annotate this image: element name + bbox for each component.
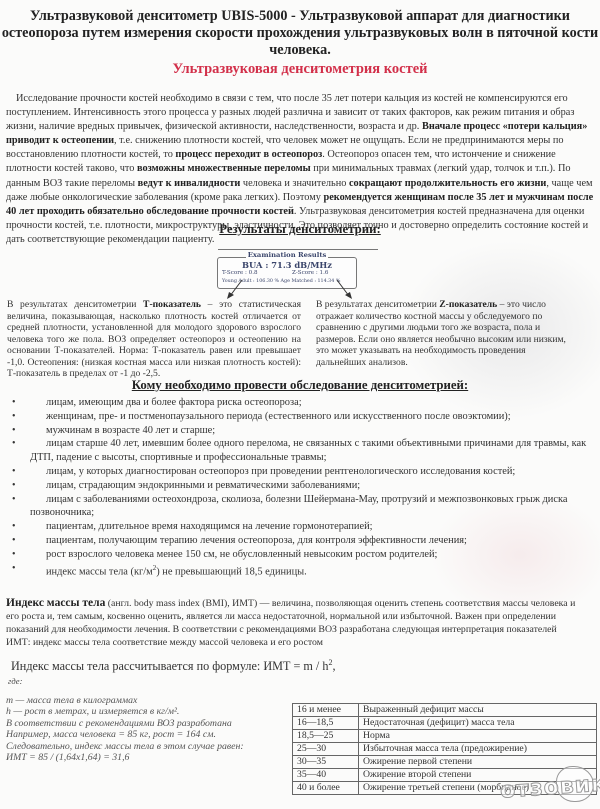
- bmi-range-cell: 40 и более: [293, 782, 359, 795]
- bmi-category-cell: Ожирение первой степени: [359, 756, 597, 769]
- list-item: •рост взрослого человека менее 150 см, н…: [0, 548, 600, 562]
- bmi-range-cell: 16—18,5: [293, 717, 359, 730]
- list-item: •лицам, страдающим эндокринными и ревмат…: [0, 479, 600, 493]
- note-line: h — рост в метрах, и измеряется в кг/м².: [6, 706, 276, 717]
- bmi-definition: Индекс массы тела (англ. body mass index…: [6, 597, 581, 649]
- bmi-range-cell: 30—35: [293, 756, 359, 769]
- results-heading: Результаты денситометрии:: [0, 222, 600, 237]
- list-item: •мужчинам в возрасте 40 лет и старше;: [0, 424, 600, 438]
- note-line: Следовательно, индекс массы тела в этом …: [6, 741, 276, 752]
- divider: [218, 249, 378, 250]
- table-row: 18,5—25Норма: [293, 730, 597, 743]
- bmi-formula: Индекс массы тела рассчитывается по форм…: [11, 658, 335, 674]
- list-item: •женщинам, пре- и постменопаузального пе…: [0, 410, 600, 424]
- t-score-value: T-Score : 0.8: [222, 270, 258, 276]
- note-line: Например, масса человека = 85 кг, рост =…: [6, 729, 276, 740]
- bmi-category-cell: Недостаточная (дефицит) масса тела: [359, 717, 597, 730]
- list-item: •лицам, у которых диагностирован остеопо…: [0, 465, 600, 479]
- t-score-explanation: В результатах денситометрии Т-показатель…: [7, 299, 301, 380]
- document-subtitle: Ультразвуковая денситометрия костей: [0, 61, 600, 78]
- z-score-explanation: В результатах денситометрии Z-показатель…: [316, 299, 578, 368]
- t-score-arrow-icon: [225, 278, 245, 300]
- bmi-category-cell: Избыточная масса тела (предожирение): [359, 743, 597, 756]
- list-item: •пациентам, длительное время находящимся…: [0, 520, 600, 534]
- criteria-list: •лицам, имеющим два и более фактора риск…: [0, 396, 600, 579]
- list-item: •индекс массы тела (кг/м2) не превышающи…: [0, 562, 600, 579]
- bmi-category-cell: Выраженный дефицит массы: [359, 704, 597, 717]
- criteria-heading: Кому необходимо провести обследование де…: [0, 378, 600, 393]
- bmi-range-cell: 35—40: [293, 769, 359, 782]
- table-row: 16 и менееВыраженный дефицит массы: [293, 704, 597, 717]
- list-item: •лицам, имеющим два и более фактора риск…: [0, 396, 600, 410]
- note-line: В соответствии с рекомендациями ВОЗ разр…: [6, 718, 276, 729]
- bua-value: BUA : 71.3 dB/MHz: [218, 260, 356, 270]
- bmi-range-cell: 16 и менее: [293, 704, 359, 717]
- list-item: •лицам с заболеваниями остеохондроза, ск…: [0, 493, 600, 521]
- table-row: 30—35Ожирение первой степени: [293, 756, 597, 769]
- bmi-notes: m — масса тела в килограммах h — рост в …: [6, 695, 276, 763]
- note-line: m — масса тела в килограммах: [6, 695, 276, 706]
- z-score-value: Z-Score : 1.6: [292, 270, 328, 276]
- list-item: •лицам старше 40 лет, имевшим более одно…: [0, 437, 600, 465]
- list-item: •пациентам, получающим терапию лечения о…: [0, 534, 600, 548]
- bmi-range-cell: 18,5—25: [293, 730, 359, 743]
- note-line: ИМТ = 85 / (1,64x1,64) = 31,6: [6, 752, 276, 763]
- z-score-arrow-icon: [335, 278, 355, 300]
- bmi-category-cell: Норма: [359, 730, 597, 743]
- table-row: 25—30Избыточная масса тела (предожирение…: [293, 743, 597, 756]
- bmi-range-cell: 25—30: [293, 743, 359, 756]
- results-box-title: Examination Results: [218, 251, 356, 259]
- table-row: 16—18,5Недостаточная (дефицит) масса тел…: [293, 717, 597, 730]
- formula-where-label: где:: [8, 676, 22, 686]
- document-title: Ультразвуковой денситометр UBIS-5000 - У…: [0, 8, 600, 59]
